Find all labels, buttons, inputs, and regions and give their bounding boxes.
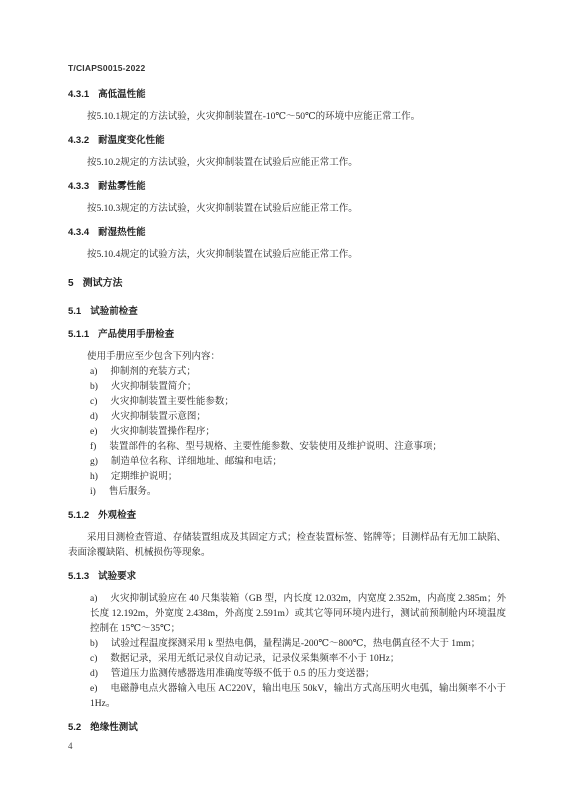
section-heading-5-1-3: 5.1.3试验要求	[68, 569, 506, 584]
list-item-marker: b)	[90, 639, 111, 649]
paragraph: 按5.10.2规定的方法试验，火灾抑制装置在试验后应能正常工作。	[68, 156, 506, 171]
section-heading-4-3-2: 4.3.2耐温度变化性能	[68, 133, 506, 148]
list-item-marker: e)	[90, 684, 110, 694]
section-number: 5.1.1	[68, 329, 89, 340]
section-title: 高低温性能	[98, 89, 146, 100]
list-item: b)火灾抑制装置简介；	[90, 380, 506, 395]
section-heading-4-3-1: 4.3.1高低温性能	[68, 87, 506, 102]
list-item-marker: d)	[90, 412, 111, 422]
standard-number: T/CIAPS0015-2022	[68, 63, 145, 73]
list-item-marker: h)	[90, 472, 111, 482]
document-header: T/CIAPS0015-2022	[68, 62, 506, 75]
section-title: 耐盐雾性能	[98, 181, 146, 192]
list-item: f)装置部件的名称、型号规格、主要性能参数、安装使用及维护说明、注意事项；	[90, 440, 506, 455]
section-heading-4-3-3: 4.3.3耐盐雾性能	[68, 179, 506, 194]
document-body: 4.3.1高低温性能按5.10.1规定的方法试验，火灾抑制装置在-10℃～50℃…	[68, 87, 506, 735]
list-item: g)制造单位名称、详细地址、邮编和电话；	[90, 455, 506, 470]
section-heading-5: 5测试方法	[68, 276, 506, 291]
paragraph: 按5.10.1规定的方法试验，火灾抑制装置在-10℃～50℃的环境中应能正常工作…	[68, 110, 506, 125]
section-title: 耐温度变化性能	[98, 135, 165, 146]
section-heading-4-3-4: 4.3.4耐湿热性能	[68, 225, 506, 240]
section-heading-5-1-2: 5.1.2外观检查	[68, 508, 506, 523]
section-number: 5.1	[68, 306, 81, 317]
section-number: 5.1.2	[68, 510, 89, 521]
list-item: b)试验过程温度探测采用 k 型热电偶，量程满足-200℃～800℃，热电偶直径…	[90, 637, 506, 652]
list-item: i)售后服务。	[90, 485, 506, 500]
lettered-list: a)火灾抑制试验应在 40 尺集装箱（GB 型，内长度 12.032m，内宽度 …	[90, 592, 506, 712]
list-item: e)火灾抑制装置操作程序；	[90, 425, 506, 440]
section-title: 试验要求	[98, 571, 136, 582]
section-title: 绝缘性测试	[90, 722, 138, 733]
list-item-text: 抑制剂的充装方式；	[110, 367, 196, 377]
section-number: 5.1.3	[68, 571, 89, 582]
list-item-marker: b)	[90, 382, 111, 392]
list-item-text: 电磁静电点火器输入电压 AC220V，输出电压 50kV，输出方式高压明火电弧，…	[90, 684, 506, 709]
list-item-marker: d)	[90, 669, 111, 679]
list-item: c)数据记录，采用无纸记录仪自动记录，记录仪采集频率不小于 10Hz；	[90, 652, 506, 667]
list-item-text: 数据记录，采用无纸记录仪自动记录，记录仪采集频率不小于 10Hz；	[110, 654, 399, 664]
list-item-marker: f)	[90, 442, 109, 452]
list-item-text: 火灾抑制装置示意图；	[111, 412, 206, 422]
list-item: h)定期维护说明；	[90, 470, 506, 485]
section-heading-5-2: 5.2绝缘性测试	[68, 720, 506, 735]
section-number: 4.3.2	[68, 135, 89, 146]
list-item: c)火灾抑制装置主要性能参数；	[90, 395, 506, 410]
section-number: 5	[68, 278, 74, 289]
section-number: 5.2	[68, 722, 81, 733]
list-item-text: 火灾抑制试验应在 40 尺集装箱（GB 型，内长度 12.032m，内宽度 2.…	[90, 594, 506, 634]
list-item: d)管道压力监测传感器选用准确度等级不低于 0.5 的压力变送器；	[90, 667, 506, 682]
section-title: 测试方法	[83, 278, 123, 289]
list-item-text: 装置部件的名称、型号规格、主要性能参数、安装使用及维护说明、注意事项；	[109, 442, 442, 452]
section-number: 4.3.3	[68, 181, 89, 192]
list-item-marker: e)	[90, 427, 110, 437]
list-item-text: 火灾抑制装置主要性能参数；	[110, 397, 234, 407]
list-item: d)火灾抑制装置示意图；	[90, 410, 506, 425]
section-title: 产品使用手册检查	[98, 329, 174, 340]
section-number: 4.3.1	[68, 89, 89, 100]
page-number: 4	[68, 739, 73, 754]
section-heading-5-1: 5.1试验前检查	[68, 304, 506, 319]
list-item-text: 管道压力监测传感器选用准确度等级不低于 0.5 的压力变送器；	[111, 669, 375, 679]
list-item-text: 火灾抑制装置简介；	[111, 382, 197, 392]
section-number: 4.3.4	[68, 227, 89, 238]
list-item-text: 试验过程温度探测采用 k 型热电偶，量程满足-200℃～800℃，热电偶直径不大…	[111, 639, 480, 649]
paragraph: 使用手册应至少包含下列内容：	[68, 350, 506, 365]
paragraph: 按5.10.4规定的试验方法，火灾抑制装置在试验后应能正常工作。	[68, 248, 506, 263]
list-item-marker: i)	[90, 487, 109, 497]
list-item: e)电磁静电点火器输入电压 AC220V，输出电压 50kV，输出方式高压明火电…	[90, 682, 506, 712]
list-item-marker: c)	[90, 397, 110, 407]
document-page: T/CIAPS0015-2022 4.3.1高低温性能按5.10.1规定的方法试…	[0, 0, 571, 800]
list-item-text: 售后服务。	[109, 487, 157, 497]
list-item-text: 定期维护说明；	[111, 472, 178, 482]
paragraph: 采用目测检查管道、存储装置组成及其固定方式；检查装置标签、铭牌等；目测样品有无加…	[68, 531, 506, 561]
paragraph: 按5.10.3规定的方法试验，火灾抑制装置在试验后应能正常工作。	[68, 202, 506, 217]
list-item-marker: a)	[90, 594, 110, 604]
list-item-text: 制造单位名称、详细地址、邮编和电话；	[111, 457, 282, 467]
section-title: 试验前检查	[90, 306, 138, 317]
document-content: T/CIAPS0015-2022 4.3.1高低温性能按5.10.1规定的方法试…	[68, 62, 506, 743]
list-item-text: 火灾抑制装置操作程序；	[110, 427, 215, 437]
list-item: a)火灾抑制试验应在 40 尺集装箱（GB 型，内长度 12.032m，内宽度 …	[90, 592, 506, 637]
list-item-marker: a)	[90, 367, 110, 377]
list-item: a)抑制剂的充装方式；	[90, 365, 506, 380]
section-title: 耐湿热性能	[98, 227, 146, 238]
section-heading-5-1-1: 5.1.1产品使用手册检查	[68, 327, 506, 342]
lettered-list: a)抑制剂的充装方式；b)火灾抑制装置简介；c)火灾抑制装置主要性能参数；d)火…	[90, 365, 506, 500]
list-item-marker: g)	[90, 457, 111, 467]
list-item-marker: c)	[90, 654, 110, 664]
section-title: 外观检查	[98, 510, 136, 521]
